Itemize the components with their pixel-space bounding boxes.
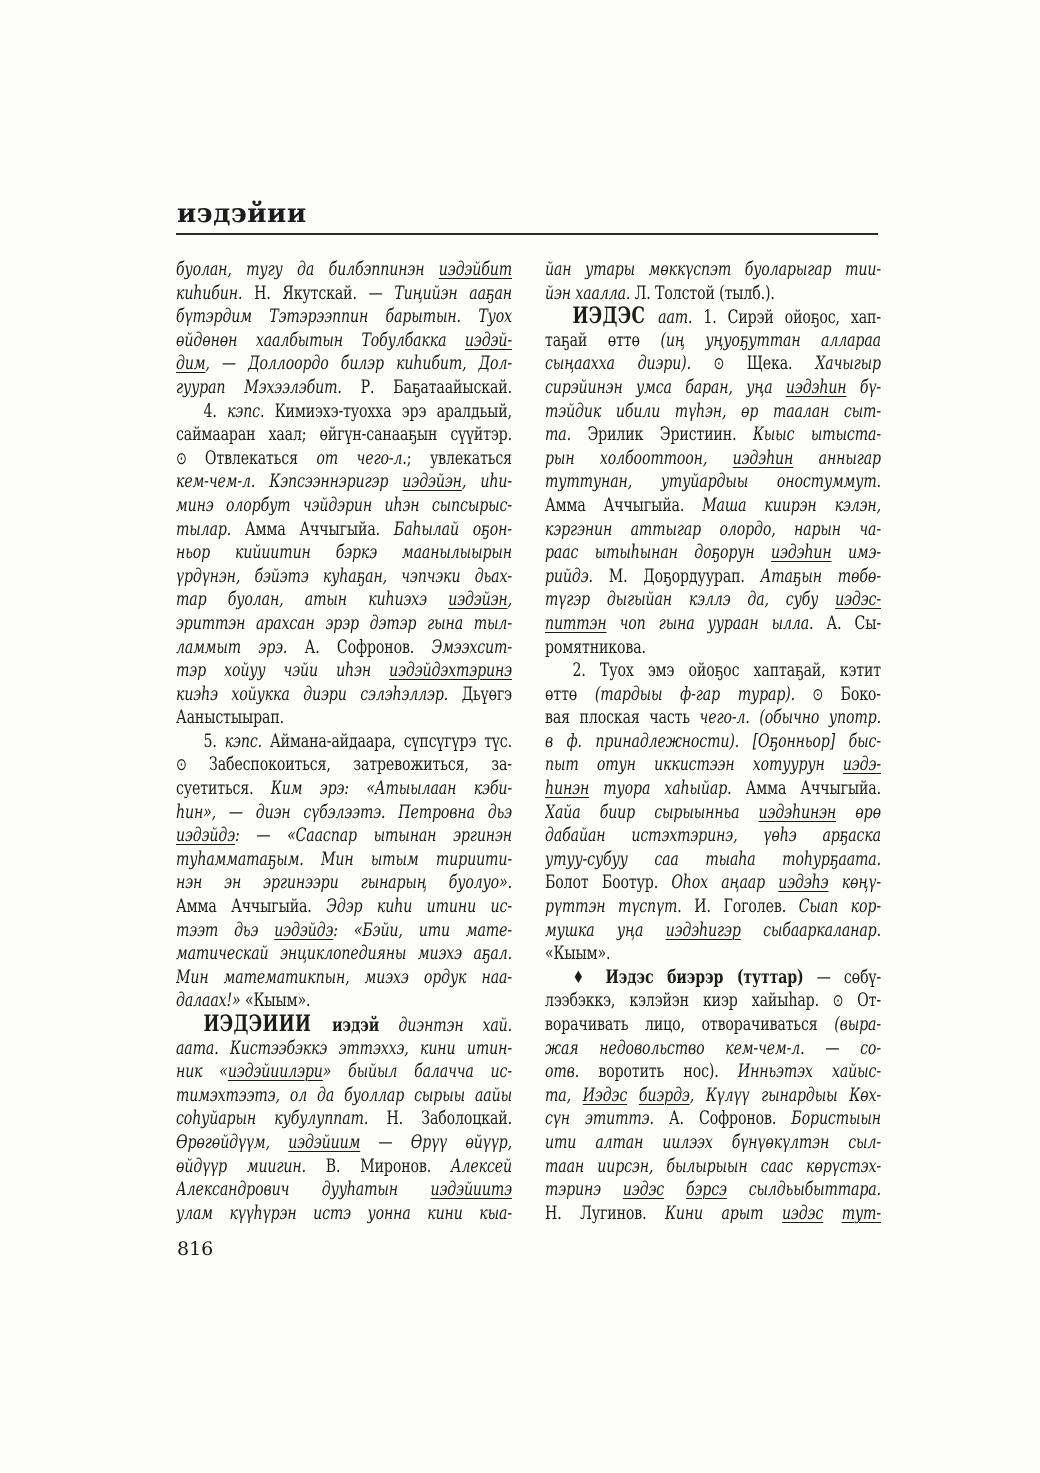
text-segment: : «Бэйи, ити мате-	[333, 920, 512, 941]
text-segment: өйдөнөн хаалбытын Тобулбакка	[176, 330, 465, 351]
text-line: Амма Аччыгыйа. Эдэр киһи итини ис-	[176, 895, 512, 919]
text-line: далаах!» «Кыым».	[176, 989, 512, 1013]
text-segment: Н. Заболоцкай.	[368, 1108, 512, 1129]
text-segment: киэһэ хойукка диэри сэлэһэллэр.	[176, 684, 448, 705]
text-segment: та.	[545, 424, 571, 445]
text-line: сүн этиттэ. А. Софронов. Бористыын	[545, 1107, 881, 1131]
text-line: раас ытыһынан доҕорун иэдэһин имэ-	[545, 541, 881, 565]
text-line: лээбэккэ, кэлэйэн киэр хайыһар. ⊙ От-	[545, 989, 881, 1013]
text-line: туһамматаҕым. Мин ытым тириити-	[176, 848, 512, 872]
text-segment: та,	[545, 1085, 583, 1106]
text-segment: түгэр дыгыйан кэллэ да, субу	[545, 589, 835, 610]
text-line: отв. воротить нос). Инньэтэх хайыс-	[545, 1060, 881, 1084]
text-line: кэргэнин аттыгар олордо, нарын ча-	[545, 518, 881, 542]
text-segment: тылар.	[176, 519, 231, 540]
text-line: рийдэ. М. Доҕордуурап. Атаҕын төбө-	[545, 565, 881, 589]
text-segment: Л. Толстой (тылб.).	[630, 283, 775, 304]
text-line: мушка уңа иэдэһигэр сыбааркаланар.	[545, 919, 881, 943]
text-segment: ИЭДЭС	[572, 305, 658, 329]
text-segment: Иэдэс биэрэр (туттар)	[606, 967, 804, 988]
text-segment: ; увлекаться	[407, 448, 512, 469]
text-segment: Хайа биир сырыынньа	[545, 802, 759, 823]
text-segment: туора хаһыйар.	[589, 778, 731, 799]
text-line: утуу-субуу саа тыаһа тоһурҕаата.	[545, 848, 881, 872]
text-line: йан утары мөккүспэт буоларыгар тии-	[545, 258, 881, 282]
text-line: саймааран хаал; өйгүн-санааҕын сүүйтэр.	[176, 423, 512, 447]
text-line: сирэйинэн умса баран, уңа иэдэһин бү-	[545, 376, 881, 400]
text-segment: саймааран хаал; өйгүн-санааҕын сүүйтэр.	[176, 424, 512, 445]
text-line: суетиться. Ким эрэ: «Атыылаан кэби-	[176, 777, 512, 801]
text-segment: минэ олорбут чэйдэрин иһэн сыпсырыс-	[176, 495, 512, 516]
text-segment: А. Сы-	[813, 613, 881, 634]
running-head: иэдэйии	[177, 199, 307, 229]
text-segment: иэдэй	[332, 1015, 398, 1036]
text-segment: далаах!»	[176, 990, 241, 1011]
text-segment: воротить нос).	[579, 1061, 738, 1082]
text-segment: Тиңийэн ааҕан	[394, 283, 512, 304]
text-segment: сүн этиттэ.	[545, 1108, 654, 1129]
text-segment: Маша киирэн кэлэн,	[702, 495, 881, 516]
text-segment: иэдэс	[623, 1179, 664, 1200]
text-segment: «Кыым».	[241, 990, 311, 1011]
text-line: дабайан истэхтэринэ, үөһэ арҕаска	[545, 824, 881, 848]
text-line: ворачивать лицо, отворачиваться (выра-	[545, 1013, 881, 1037]
text-line: вая плоская часть чего-л. (обычно употр.	[545, 706, 881, 730]
text-line: рүттэн түспүт. И. Гоголев. Сыап кор-	[545, 895, 881, 919]
text-line: нэн эн эргинээри гынарың буолуо».	[176, 871, 512, 895]
text-line: өттө (тардыы ф-гар турар). ⊙ Боко-	[545, 683, 881, 707]
text-line: Амма Аччыгыйа. Маша киирэн кэлэн,	[545, 494, 881, 518]
text-segment: көңү-	[828, 872, 881, 893]
text-line: гуурап Мэхээлэбит. Р. Баҕатаайыскай.	[176, 376, 512, 400]
text-line: бүтэрдим Тэтэрээппин барытын. Туох	[176, 305, 512, 329]
text-segment: мушка уңа	[545, 920, 666, 941]
text-segment: кэргэнин аттыгар олордо, нарын ча-	[545, 519, 881, 540]
text-segment: «Кыым».	[545, 943, 610, 964]
text-segment: (тардыы ф-гар турар).	[595, 684, 795, 705]
text-segment: ИЭДЭЙИИ	[203, 1013, 332, 1037]
text-line: һинэн туора хаһыйар. Амма Аччыгыйа.	[545, 777, 881, 801]
text-line: тэринэ иэдэс бэрсэ сылдьыбыттара.	[545, 1178, 881, 1202]
text-line: йэн хаалла. Л. Толстой (тылб.).	[545, 282, 881, 306]
text-segment: 1. Сирэй ойоҕос, хап-	[692, 307, 881, 328]
text-segment: А. Софронов.	[654, 1108, 792, 1129]
text-segment: Ким эрэ: «Атыылаан кэби-	[271, 778, 512, 799]
text-line: ⊙ Забеспокоиться, затревожиться, за-	[176, 753, 512, 777]
text-segment: тут-	[842, 1203, 881, 1224]
text-segment: Инньэтэх хайыс-	[738, 1061, 881, 1082]
text-line: туттунан, утуйардыы оностуммут.	[545, 470, 881, 494]
text-line: сыңаахха диэри). ⊙ Щека. Хачыгыр	[545, 352, 881, 376]
text-segment: һин», — диэн сүбэлээтэ. Петровна дьэ	[176, 802, 512, 823]
text-segment: : — «Сааспар ытынан эргинэн	[235, 825, 512, 846]
text-segment: Амма Аччыгыйа.	[176, 896, 326, 917]
text-line: киэһэ хойукка диэри сэлэһэллэр. Дьүөгэ	[176, 683, 512, 707]
text-line: минэ олорбут чэйдэрин иһэн сыпсырыс-	[176, 494, 512, 518]
text-segment: Сыап кор-	[799, 896, 881, 917]
text-line: матическай энциклопедияны миэхэ аҕал.	[176, 942, 512, 966]
text-segment: кэпс.	[227, 401, 264, 422]
text-line: ник «иэдэйиилэри» быйыл балачча ис-	[176, 1060, 512, 1084]
text-segment: ромятникова.	[545, 637, 646, 658]
text-segment: Ааныстыырап.	[176, 707, 284, 728]
text-segment: кэпс.	[225, 731, 262, 752]
text-segment: иэдэс-	[835, 589, 881, 610]
text-line: таҕай өттө (иң уңуоҕуттан аллараа	[545, 329, 881, 353]
text-segment: тимэхтээтэ, ол да буоллар сырыы аайы	[176, 1085, 512, 1106]
text-line: ити алтан иилээх бүнүөкүлтэн сыл-	[545, 1131, 881, 1155]
text-segment: иэдэһин	[771, 542, 832, 563]
column-left: буолан, тугу да билбэппинэн иэдэйбиткиһи…	[176, 258, 512, 1225]
text-line: кем-чем-л. Кэпсээннэригэр иэдэйэн, иһи-	[176, 470, 512, 494]
text-line: аата. Кистээбэккэ эттэххэ, кини итин-	[176, 1037, 512, 1061]
text-segment: Н. Лугинов.	[545, 1203, 665, 1224]
text-line: иэдэйдэ: — «Сааспар ытынан эргинэн	[176, 824, 512, 848]
text-segment: биэрдэ	[639, 1085, 690, 1106]
text-segment: чего-л. (обычно употр.	[700, 707, 881, 728]
text-segment: киһибин.	[176, 283, 242, 304]
text-segment: , Күлүү гынардыы Көх-	[690, 1085, 881, 1106]
text-segment: бү-	[846, 377, 880, 398]
text-segment: (выра-	[834, 1014, 881, 1035]
text-segment: иэдэйдэ	[176, 825, 235, 846]
text-segment: ламмыт эрэ.	[176, 637, 287, 658]
text-segment: Дьүөгэ	[448, 684, 512, 705]
text-segment: иэдэйдэ	[274, 920, 333, 941]
text-segment: Бористыын	[791, 1108, 881, 1129]
text-segment: Алексей	[451, 1156, 512, 1177]
text-line: киһибин. Н. Якутскай. — Тиңийэн ааҕан	[176, 282, 512, 306]
text-line: Хайа биир сырыынньа иэдэһинэн өрө	[545, 801, 881, 825]
text-segment: иэдэйбит	[439, 259, 512, 280]
text-segment: в ф. принадлежности). [Оҕонньор] быс-	[545, 731, 881, 752]
text-line: Болот Боотур. Оһох аңаар иэдэһэ көңү-	[545, 871, 881, 895]
text-segment: иэдэһин	[733, 448, 794, 469]
text-line: эриттэн арахсан эрэр дэтэр гына тыл-	[176, 612, 512, 636]
text-segment: тээт дьэ	[176, 920, 274, 941]
text-segment: суетиться.	[176, 778, 271, 799]
text-segment: Кини арыт	[665, 1203, 782, 1224]
text-line: һин», — диэн сүбэлээтэ. Петровна дьэ	[176, 801, 512, 825]
text-segment: ити алтан иилээх бүнүөкүлтэн сыл-	[545, 1132, 881, 1153]
text-segment: туһамматаҕым. Мин ытым тириити-	[176, 849, 512, 870]
text-segment: Александрович дууһатын	[176, 1179, 431, 1200]
text-segment: рийдэ.	[545, 566, 593, 587]
text-segment: рын холбооттоон,	[545, 448, 733, 469]
text-segment: Р. Баҕатаайыскай.	[342, 377, 512, 398]
text-segment: » быйыл балачча ис-	[323, 1061, 512, 1082]
symbol-glyph: ⊙	[691, 354, 747, 374]
text-line: ромятникова.	[545, 636, 881, 660]
text-line: дим, — Доллоордо билэр киһибит, Дол-	[176, 352, 512, 376]
text-segment: вая плоская часть	[545, 707, 700, 728]
text-segment: тэринэ	[545, 1179, 623, 1200]
text-segment: Кыыс ытыста-	[753, 424, 881, 445]
text-line: таан иирсэн, былырыын саас көрүстэх-	[545, 1155, 881, 1179]
text-line: в ф. принадлежности). [Оҕонньор] быс-	[545, 730, 881, 754]
text-segment: иэдэйиитэ	[431, 1179, 512, 1200]
text-segment: ник «	[176, 1061, 228, 1082]
text-segment: тар буолан, атын киһиэхэ	[176, 589, 448, 610]
text-segment: ворачивать лицо, отворачиваться	[545, 1014, 834, 1035]
text-segment: Н. Якутскай. —	[242, 283, 394, 304]
text-line: үрдүнэн, бэйэтэ куһаҕан, чэпчэки дьах-	[176, 565, 512, 589]
dictionary-page: иэдэйии буолан, тугу да билбэппинэн иэдэ…	[0, 0, 1040, 1473]
text-segment: сыбааркаланар.	[741, 920, 881, 941]
column-right: йан утары мөккүспэт буоларыгар тии-йэн х…	[545, 258, 881, 1225]
text-line: тылар. Амма Аччыгыйа. Баһылай оҕон-	[176, 518, 512, 542]
text-segment: иэдэһэ	[778, 872, 828, 893]
page-number: 816	[177, 1238, 213, 1260]
text-segment: Амма Аччыгыйа.	[732, 778, 881, 799]
text-line: та. Эрилик Эристиин. Кыыс ытыста-	[545, 423, 881, 447]
text-segment: бүтэрдим Тэтэрээппин барытын. Туох	[176, 306, 512, 327]
text-line: пыт отун иккистээн хотуурун иэдэ-	[545, 753, 881, 777]
text-line: ньор кийиитин бэркэ маанылыырын	[176, 541, 512, 565]
text-segment: жая недовольство кем-чем-л. — со-	[545, 1038, 881, 1059]
text-segment: иэдэй-	[465, 330, 512, 351]
text-segment: Отвлекаться	[205, 448, 316, 469]
text-line: ♦ Иэдэс биэрэр (туттар) — сөбү-	[545, 966, 881, 990]
text-segment: ньор кийиитин бэркэ маанылыырын	[176, 542, 512, 563]
text-segment: от чего-л.	[316, 448, 406, 469]
text-line: та, Иэдэс биэрдэ, Күлүү гынардыы Көх-	[545, 1084, 881, 1108]
text-segment: иэдэһигэр	[666, 920, 741, 941]
text-segment: туттунан, утуйардыы оностуммут.	[545, 471, 881, 492]
text-segment: буолан, тугу да билбэппинэн	[176, 259, 439, 280]
text-line: улам күүһүрэн истэ уонна кини кыа-	[176, 1202, 512, 1226]
text-line: буолан, тугу да билбэппинэн иэдэйбит	[176, 258, 512, 282]
text-segment: соһуйарын кубулуппат.	[176, 1108, 368, 1129]
text-line: ИЭДЭЙИИ иэдэй диэнтэн хай.	[176, 1013, 512, 1037]
text-segment: тэйдик ибили түһэн, өр таалан сыт-	[545, 401, 881, 422]
text-segment: аат.	[658, 307, 692, 328]
text-segment: кем-чем-л. Кэпсээннэригэр	[176, 471, 402, 492]
text-segment: диэнтэн хай.	[398, 1015, 512, 1036]
text-segment: 5.	[203, 731, 224, 752]
text-segment: ,	[508, 589, 512, 610]
text-segment: Мин математикпын, миэхэ ордук наа-	[176, 967, 512, 988]
text-segment: отв.	[545, 1061, 579, 1082]
text-segment: Баһылай оҕон-	[394, 519, 512, 540]
text-segment: йэн хаалла.	[545, 283, 630, 304]
symbol-glyph: ⊙	[819, 991, 857, 1011]
text-line: «Кыым».	[545, 942, 881, 966]
text-segment: нэн эн эргинээри гынарың буолуо».	[176, 872, 512, 893]
text-segment: иэдэйдэхтэринэ	[389, 660, 512, 681]
text-line: Александрович дууһатын иэдэйиитэ	[176, 1178, 512, 1202]
text-segment: М. Доҕордуурап.	[593, 566, 761, 587]
text-segment: өттө	[545, 684, 595, 705]
text-line: өйдөнөн хаалбытын Тобулбакка иэдэй-	[176, 329, 512, 353]
text-segment: рүттэн түспүт.	[545, 896, 682, 917]
text-line: тимэхтээтэ, ол да буоллар сырыы аайы	[176, 1084, 512, 1108]
text-segment: иэдэһин	[786, 377, 847, 398]
text-segment: Өрөгөйдүүм,	[176, 1132, 288, 1153]
text-segment: үрдүнэн, бэйэтэ куһаҕан, чэпчэки дьах-	[176, 566, 512, 587]
text-segment: Кимиэхэ-туохха эрэ аралдьый,	[264, 401, 512, 422]
text-segment: Амма Аччыгыйа.	[231, 519, 394, 540]
text-line: жая недовольство кем-чем-л. — со-	[545, 1037, 881, 1061]
text-line: тар буолан, атын киһиэхэ иэдэйэн,	[176, 588, 512, 612]
text-segment: улам күүһүрэн истэ уонна кини кыа-	[176, 1203, 512, 1224]
text-segment: таҕай өттө	[545, 330, 660, 351]
text-line: соһуйарын кубулуппат. Н. Заболоцкай.	[176, 1107, 512, 1131]
text-segment: Забеспокоиться, затревожиться, за-	[209, 754, 512, 775]
text-segment: Боко-	[841, 684, 881, 705]
text-line: 4. кэпс. Кимиэхэ-туохха эрэ аралдьый,	[176, 400, 512, 424]
text-segment: иэдэйэн	[448, 589, 507, 610]
text-segment: Хачыгыр	[815, 353, 881, 374]
header-rule	[176, 233, 878, 235]
text-line: Ааныстыырап.	[176, 706, 512, 730]
text-segment: питтэн	[545, 613, 607, 634]
text-segment: чоп гына уураан ылла.	[607, 613, 814, 634]
text-segment: пыт отун иккистээн хотуурун	[545, 754, 843, 775]
text-segment: (иң уңуоҕуттан аллараа	[660, 330, 881, 351]
text-segment: иэдэһинэн	[759, 802, 837, 823]
text-line: тэйдик ибили түһэн, өр таалан сыт-	[545, 400, 881, 424]
text-segment: А. Софронов.	[287, 637, 431, 658]
text-segment: От-	[857, 990, 881, 1011]
text-line: 2. Туох эмэ ойоҕос хаптаҕай, кэтит	[545, 659, 881, 683]
text-segment: И. Гоголев.	[682, 896, 799, 917]
text-segment: өйдүүр миигин.	[176, 1156, 306, 1177]
text-line: ⊙ Отвлекаться от чего-л.; увлекаться	[176, 447, 512, 471]
text-line: питтэн чоп гына уураан ылла. А. Сы-	[545, 612, 881, 636]
text-segment: 2. Туох эмэ ойоҕос хаптаҕай, кэтит	[572, 660, 880, 681]
text-segment: сылдьыбыттара.	[727, 1179, 881, 1200]
text-segment: таан иирсэн, былырыын саас көрүстэх-	[545, 1156, 881, 1177]
text-segment: лээбэккэ, кэлэйэн киэр хайыһар.	[545, 990, 819, 1011]
text-segment: тэр хойуу чэйи иһэн	[176, 660, 389, 681]
text-segment: Иэдэс	[583, 1085, 627, 1106]
text-line: Өрөгөйдүүм, иэдэйиим — Өрүү өйүүр,	[176, 1131, 512, 1155]
text-segment: иэдэ-	[843, 754, 881, 775]
text-segment: йан утары мөккүспэт буоларыгар тии-	[545, 259, 881, 280]
text-line: ламмыт эрэ. А. Софронов. Эмээхсит-	[176, 636, 512, 660]
text-segment: , — Доллоордо билэр киһибит, Дол-	[205, 353, 512, 374]
text-line: түгэр дыгыйан кэллэ да, субу иэдэс-	[545, 588, 881, 612]
text-segment: Аймана-айдаара, сүпсүгүрэ түс.	[262, 731, 512, 752]
text-segment: Эмээхсит-	[432, 637, 512, 658]
text-segment: — Өрүү өйүүр,	[360, 1132, 512, 1153]
text-segment: өрө	[836, 802, 881, 823]
text-segment: бэрсэ	[686, 1179, 727, 1200]
text-line: 5. кэпс. Аймана-айдаара, сүпсүгүрэ түс.	[176, 730, 512, 754]
text-segment: иэдэйэн	[402, 471, 461, 492]
text-line: ИЭДЭС аат. 1. Сирэй ойоҕос, хап-	[545, 305, 881, 329]
text-segment: сыңаахха диэри).	[545, 353, 691, 374]
text-segment: утуу-субуу саа тыаһа тоһурҕаата.	[545, 849, 881, 870]
text-segment: Оһох аңаар	[671, 872, 778, 893]
symbol-glyph: ♦	[572, 968, 605, 988]
text-segment: Атаҕын төбө-	[761, 566, 881, 587]
symbol-glyph: ⊙	[176, 755, 209, 775]
text-segment: раас ытыһынан доҕорун	[545, 542, 771, 563]
text-segment: Болот Боотур.	[545, 872, 671, 893]
text-segment: Амма Аччыгыйа.	[545, 495, 702, 516]
text-segment: — сөбү-	[804, 967, 881, 988]
symbol-glyph: ⊙	[795, 685, 840, 705]
text-segment: 4.	[203, 401, 227, 422]
text-segment: анныгар	[793, 448, 881, 469]
text-segment: дабайан истэхтэринэ, үөһэ арҕаска	[545, 825, 881, 846]
text-line: Н. Лугинов. Кини арыт иэдэс тут-	[545, 1202, 881, 1226]
text-segment: , иһи-	[462, 471, 512, 492]
text-segment: һинэн	[545, 778, 589, 799]
text-segment: иэдэйиим	[288, 1132, 360, 1153]
text-segment: имэ-	[832, 542, 881, 563]
text-segment: В. Миронов.	[306, 1156, 451, 1177]
text-segment: иэдэйиилэри	[228, 1061, 323, 1082]
symbol-glyph: ⊙	[176, 449, 205, 469]
text-line: өйдүүр миигин. В. Миронов. Алексей	[176, 1155, 512, 1179]
text-segment	[823, 1203, 842, 1224]
text-line: рын холбооттоон, иэдэһин анныгар	[545, 447, 881, 471]
text-segment: сирэйинэн умса баран, уңа	[545, 377, 786, 398]
text-segment: Эрилик Эристиин.	[571, 424, 753, 445]
text-segment: Эдэр киһи итини ис-	[326, 896, 512, 917]
text-segment: матическай энциклопедияны миэхэ аҕал.	[176, 943, 512, 964]
text-line: тэр хойуу чэйи иһэн иэдэйдэхтэринэ	[176, 659, 512, 683]
text-segment: дим	[176, 353, 205, 374]
text-line: Мин математикпын, миэхэ ордук наа-	[176, 966, 512, 990]
text-line: тээт дьэ иэдэйдэ: «Бэйи, ити мате-	[176, 919, 512, 943]
text-segment: аата. Кистээбэккэ эттэххэ, кини итин-	[176, 1038, 512, 1059]
text-segment	[627, 1085, 639, 1106]
text-segment: гуурап Мэхээлэбит.	[176, 377, 342, 398]
text-segment: эриттэн арахсан эрэр дэтэр гына тыл-	[176, 613, 512, 634]
text-segment: Щека.	[747, 353, 816, 374]
text-segment	[664, 1179, 686, 1200]
text-segment: иэдэс	[782, 1203, 823, 1224]
